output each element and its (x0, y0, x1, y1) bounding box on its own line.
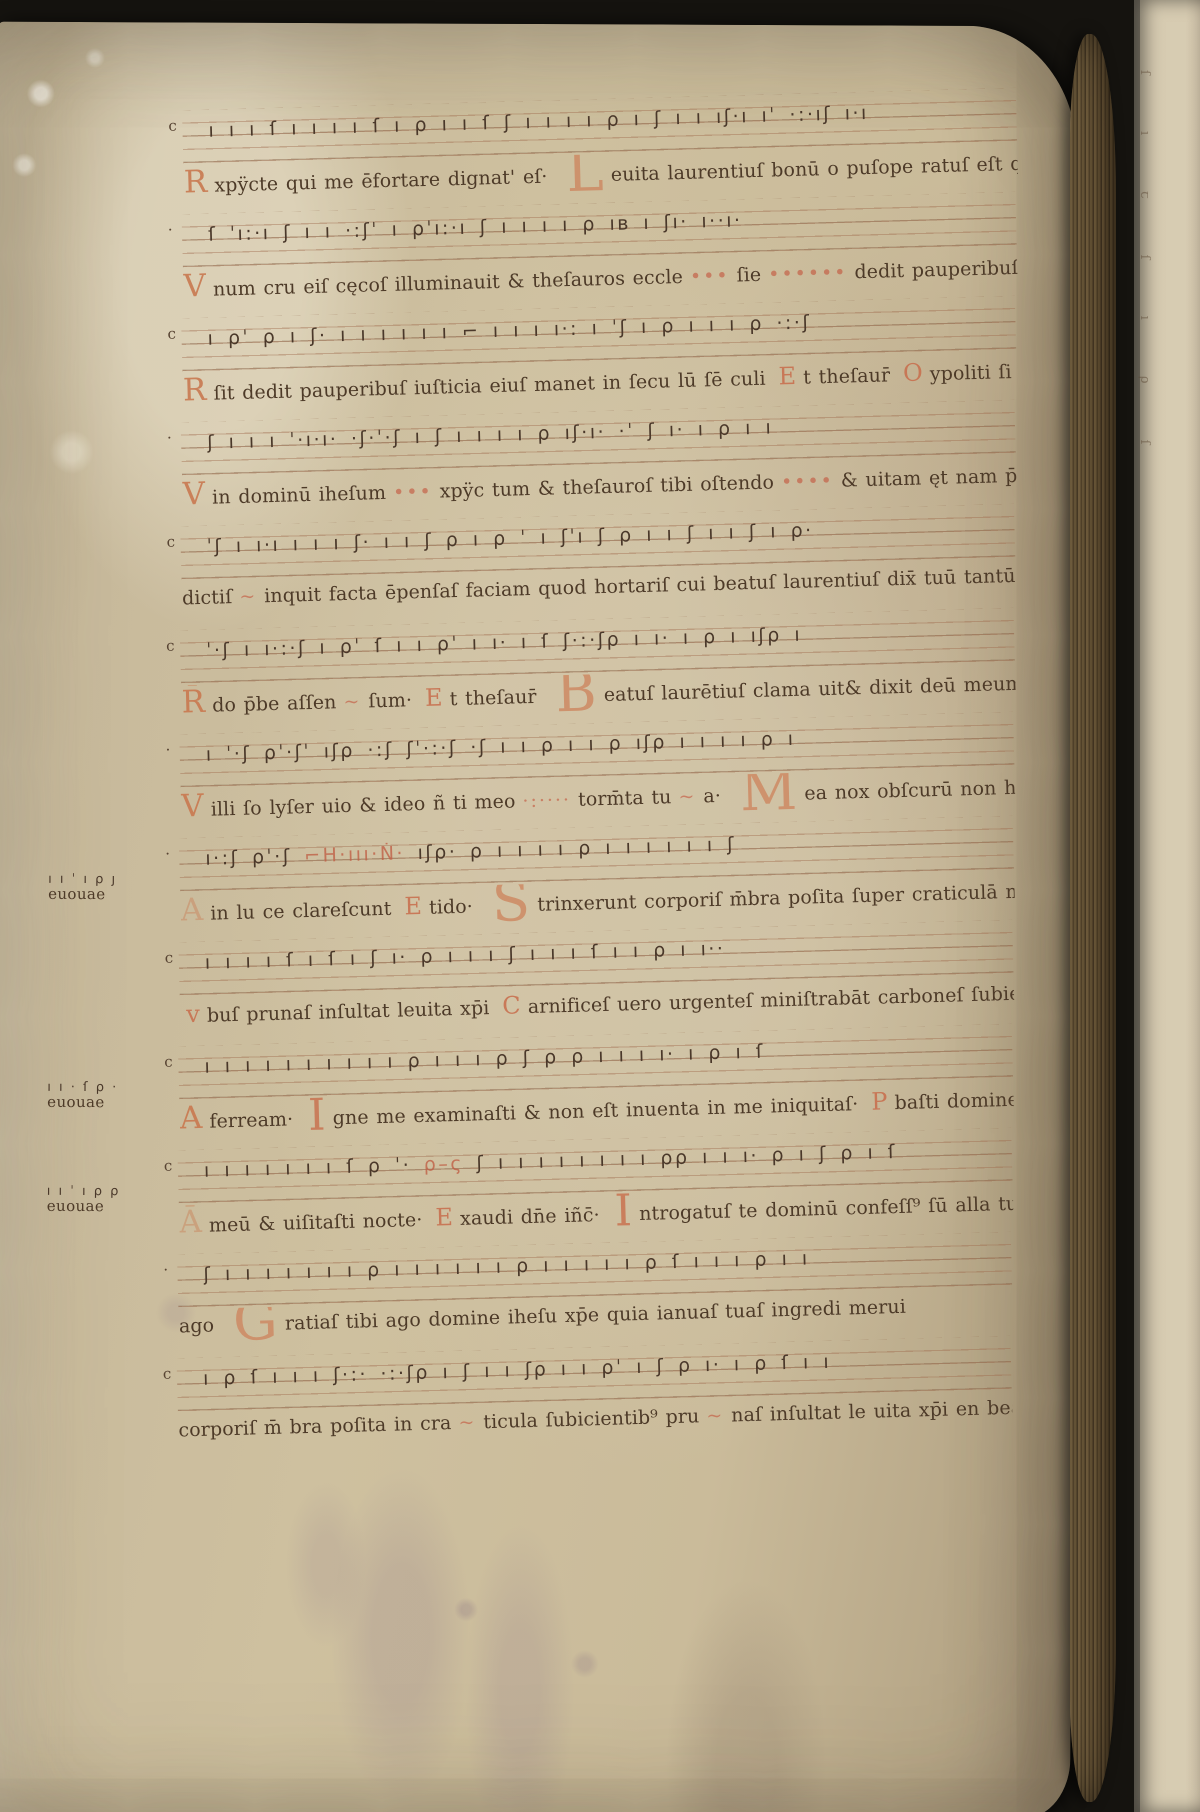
clef-letter: c (166, 637, 175, 655)
clef-letter: · (168, 221, 173, 239)
rubric-initial: V (183, 268, 206, 305)
chant-text-segment: ticula ſubicientib⁹ pru (483, 1405, 700, 1433)
neume-segment: ı ˈ·ʃ ρˈ·ʃˈ ıʃρ ·:ʃ ʃˈ·:·ʃ ·ʃ ı ı ρ ı ı … (205, 728, 795, 766)
staff-system: cˈ·ʃ ı ı·:·ʃ ı ρˈ ſ ı ı ρˈ ı ı· ı ſ ʃ·:·… (180, 608, 1016, 731)
rubric-filler: ~ (239, 585, 258, 607)
margin-annotation: ı ı ˈ ı ρ ρeuouae (47, 1184, 167, 1216)
clef-letter: c (164, 949, 173, 967)
manuscript-photo: cı ı ı ſ ı ı ı ı ſ ı ρ ı ı ſ ʃ ı ı ı ı ρ… (0, 0, 1200, 1812)
neume-segment: ı ı ı ı ı ı ı ſ ρ ˈ· (204, 1154, 424, 1182)
chant-text-segment: arnificeſ uero urgenteſ miniſtrabāt carb… (528, 982, 1015, 1018)
rubric-initial: I (307, 1090, 326, 1140)
chant-text-segment: tido· (429, 896, 473, 919)
staff-system: ·ʃ ı ı ı ı ı ı ı ρ ı ı ı ı ı ı ρ ı ı ı ı… (177, 1232, 1013, 1355)
clef-letter: · (165, 845, 170, 863)
rubric-initial: E (404, 892, 422, 920)
neume-segment: ı ρˈ ρ ı ʃ· ı ı ı ı ı ı ⌐ ı ı ı ı·: ı ˈʃ… (207, 311, 811, 349)
neume-row: ı ı ı ı ı ı ı ı ı ı ρ ı ı ı ρ ʃ ρ ρ ı ı … (204, 1034, 1004, 1078)
chant-text-segment: eatuſ laurētiuſ clama uit& dixit deū meu… (603, 671, 1015, 707)
rubric-neume-segment: ρ–ς (423, 1153, 464, 1176)
clef-letter: c (164, 1157, 173, 1175)
neume-row: ı ı ı ı ſ ı ſ ı ʃ ı· ρ ı ı ı ʃ ı ı ı ſ ı… (205, 930, 1005, 974)
rubric-filler: ·:···· (522, 789, 571, 812)
chant-text-segment: in lu ce clareſcunt (210, 898, 392, 925)
chant-text-segment: trinxerunt corporiſ m̄bra poſita ſuper c… (537, 878, 1015, 916)
neume-segment: ſ ˈı:·ı ʃ ı ı ·:ʃˈ ı ρˈı:·ı ʃ ı ı ı ı ρ … (208, 209, 743, 245)
rubric-initial: V (181, 788, 204, 825)
staff-system: ·ı ˈ·ʃ ρˈ·ʃˈ ıʃρ ·:ʃ ʃˈ·:·ʃ ·ʃ ı ı ρ ı ı… (179, 712, 1015, 835)
rubric-initial: V (182, 476, 205, 513)
neume-row: ı·:ʃ ρˈ·ʃ ⌐H·ııı·Ṅ· ıʃρ· ρ ı ı ı ı ρ ı ı… (205, 826, 1005, 870)
clef-letter: c (167, 325, 176, 343)
chant-text-segment: t theſaur̄ (803, 364, 890, 388)
rubric-filler: ~ (458, 1411, 477, 1433)
rubric-initial: E (425, 683, 443, 711)
chant-text-segment: ſit dedit pauperibuſ iuſticia eiuſ manet… (213, 368, 766, 405)
neume-segment: ˈ·ʃ ı ı·:·ʃ ı ρˈ ſ ı ı ρˈ ı ı· ı ſ ʃ·:·ʃ… (206, 624, 802, 662)
neume-row: ı ˈ·ʃ ρˈ·ʃˈ ıʃρ ·:ʃ ʃˈ·:·ʃ ·ʃ ı ı ρ ı ı … (205, 722, 1005, 766)
clef-letter: c (166, 533, 175, 551)
margin-euouae-label: euouae (47, 1093, 167, 1112)
neume-row: ı ρˈ ρ ı ʃ· ı ı ı ı ı ı ⌐ ı ı ı ı·: ı ˈʃ… (207, 306, 1007, 350)
chant-text-segment: baſti domine cor (894, 1088, 1014, 1114)
neume-segment: ʃ ı ı ı ˈ·ı·ı· ·ʃ·ˈ·ʃ ı ʃ ı ı ı ı ρ ıʃ·ı… (207, 416, 774, 453)
chant-text-segment: a· (703, 785, 721, 807)
clef-letter: c (164, 1053, 173, 1071)
clef-letter: · (165, 741, 170, 759)
rubric-filler: ~ (678, 786, 697, 808)
rubric-initial: E (435, 1203, 453, 1231)
margin-euouae-label: euouae (47, 1197, 167, 1216)
chant-text-segment: buſ prunaſ inſultat leuita xp̄i (207, 997, 490, 1027)
rubric-initial: R (183, 164, 207, 201)
neume-segment: ı·:ʃ ρˈ·ʃ (205, 845, 304, 870)
chant-text-segment: xpÿc tum & theſauroſ tibi oſtendo (439, 471, 774, 502)
rubric-filler: •••• (781, 470, 834, 493)
chant-text-segment: & uitam ęt nam p̄ mit co (841, 463, 1017, 492)
chant-text-segment: num cru eiſ cęcoſ illuminauit & theſauro… (213, 266, 684, 301)
neume-row: ʃ ı ı ı ˈ·ı·ı· ·ʃ·ˈ·ʃ ı ʃ ı ı ı ı ρ ıʃ·ı… (207, 410, 1007, 454)
chant-text-segment: corporiſ m̄ bra poſita in cra (178, 1412, 452, 1441)
staff-system: ·ſ ˈı:·ı ʃ ı ı ·:ʃˈ ı ρˈı:·ı ʃ ı ı ı ı ρ… (182, 192, 1018, 315)
staff-system: ·ı·:ʃ ρˈ·ʃ ⌐H·ııı·Ṅ· ıʃρ· ρ ı ı ı ı ρ ı … (179, 816, 1015, 939)
clef-letter: c (163, 1365, 172, 1383)
staff-system: cı ı ı ı ı ı ı ı ı ı ρ ı ı ı ρ ʃ ρ ρ ı ı… (178, 1024, 1014, 1147)
rubric-initial: C (502, 991, 521, 1019)
neume-segment: ʃ ı ı ı ı ı ı ı ı ρρ ı ı ı· ρ ı ʃ ρ ı ſ (464, 1141, 898, 1175)
rubric-initial: Ā (179, 1204, 202, 1241)
chant-text-segment: xpÿcte qui me ēfortare dignat' eſ· (214, 166, 548, 197)
margin-annotation: ı ı · ſ ρ ·euouae (47, 1080, 167, 1112)
staff-system: cˈʃ ı ı·ı ı ı ı ʃ· ı ı ʃ ρ ı ρ ˈ ı ʃˈı ʃ… (180, 504, 1016, 627)
facing-page-text-fragment: ſ ı ꞇ ſ ı ρ ſ (1152, 70, 1192, 1570)
neume-row: ˈ·ʃ ı ı·:·ʃ ı ρˈ ſ ı ı ρˈ ı ı· ı ſ ʃ·:·ʃ… (206, 618, 1006, 662)
clef-letter: · (163, 1261, 168, 1279)
rubric-initial: M (739, 767, 798, 824)
rubric-filler: ~ (343, 691, 362, 713)
chant-text-segment: xaudi dn̄e iñc̄· (460, 1204, 600, 1230)
chant-text-segment: ea nox obſcurū non habet ſed omnia (804, 773, 1015, 805)
chant-text-segment: ferream· (209, 1108, 293, 1132)
neume-segment: ıʃρ· ρ ı ı ı ı ρ ı ı ı ı ı ı ʃ (405, 833, 737, 864)
rubric-initial: I (614, 1185, 633, 1236)
rubric-initial: v (186, 1000, 200, 1028)
neume-segment: ı ı ı ı ſ ı ſ ı ʃ ı· ρ ı ı ı ʃ ı ı ı ſ ı… (205, 938, 726, 974)
rubric-filler: •••••• (768, 261, 848, 285)
neume-row: ˈʃ ı ı·ı ı ı ı ʃ· ı ı ʃ ρ ı ρ ˈ ı ʃˈı ʃ … (206, 514, 1006, 558)
rubric-filler: ••• (393, 481, 433, 504)
neume-row: ſ ˈı:·ı ʃ ı ı ·:ʃˈ ı ρˈı:·ı ʃ ı ı ı ı ρ … (208, 202, 1008, 246)
staff-system: cı ρ ſ ı ı ı ʃ·:· ·:·ʃρ ı ʃ ı ı ʃρ ı ı ρ… (177, 1336, 1013, 1459)
clef-letter: c (168, 117, 177, 135)
chant-text-segment: gne me examinaſti & non eſt inuenta in m… (332, 1093, 858, 1129)
staff-system: cı ı ı ı ı ı ı ſ ρ ˈ· ρ–ς ʃ ı ı ı ı ı ı … (177, 1128, 1013, 1251)
rubric-neume-segment: ⌐H·ııı·Ṅ· (304, 842, 405, 867)
margin-annotation: ı ı ˈ ı ρ ȷeuouae (48, 872, 168, 904)
chant-text-segment: ſie (736, 264, 761, 287)
rubric-initial: O (903, 358, 924, 387)
chant-text-segment: naſ inſultat le uita xp̄i en beatę (731, 1396, 1013, 1426)
chant-text-segment: dictiſ (182, 586, 233, 609)
neume-row: ʃ ı ı ı ı ı ı ı ρ ı ı ı ı ı ı ρ ı ı ı ı … (203, 1242, 1003, 1286)
chant-text-segment: torm̄ta tu (578, 786, 672, 811)
margin-euouae-label: euouae (48, 885, 168, 904)
neume-row: ı ρ ſ ı ı ı ʃ·:· ·:·ʃρ ı ʃ ı ı ʃρ ı ı ρˈ… (203, 1346, 1003, 1390)
chant-text-segment: meū & uiſitaſti nocte· (209, 1209, 423, 1237)
chant-text-segment: illi ſo lyſer uio & ideo ñ ti meo (210, 790, 515, 820)
rubric-initial: P (871, 1087, 888, 1115)
chant-text-segment: do p̄be aſſen (212, 691, 337, 716)
rubric-initial: R (183, 372, 207, 409)
chant-text-segment: ſum· (368, 689, 412, 712)
chant-text-segment: dedit pauperibuſ (854, 257, 1018, 283)
chant-text-segment: euita laurentiuſ bonū o puſope ratuſ eſt… (611, 150, 1019, 185)
neume-segment: ı ı ı ſ ı ı ı ı ſ ı ρ ı ı ſ ʃ ı ı ı ı ρ … (208, 102, 869, 142)
rubric-filler: ••• (690, 265, 730, 288)
neume-segment: ˈʃ ı ı·ı ı ı ı ʃ· ı ı ʃ ρ ı ρ ˈ ı ʃˈı ʃ … (206, 519, 814, 557)
rubric-filler: ~ (706, 1405, 725, 1427)
chant-text-segment: ntrogatuſ te dominū confeſſ⁹ ſū alla tui… (639, 1191, 1014, 1225)
chant-text-segment: t theſaur̄ (449, 686, 536, 710)
neume-segment: ı ρ ſ ı ı ı ʃ·:· ·:·ʃρ ı ʃ ı ı ʃρ ı ı ρˈ… (203, 1351, 832, 1390)
staff-system: ·ʃ ı ı ı ˈ·ı·ı· ·ʃ·ˈ·ʃ ı ʃ ı ı ı ı ρ ıʃ·… (181, 400, 1017, 523)
neume-segment: ı ı ı ı ı ı ı ı ı ı ρ ı ı ı ρ ʃ ρ ρ ı ı … (204, 1041, 765, 1078)
neume-row: ı ı ı ſ ı ı ı ı ſ ı ρ ı ı ſ ʃ ı ı ı ı ρ … (208, 98, 1008, 142)
staff-system: cı ρˈ ρ ı ʃ· ı ı ı ı ı ı ⌐ ı ı ı ı·: ı ˈ… (181, 296, 1017, 419)
rubric-initial: R̄ (181, 684, 205, 721)
staff-system: cı ı ı ı ſ ı ſ ı ʃ ı· ρ ı ı ı ʃ ı ı ı ſ … (178, 920, 1014, 1043)
neume-segment: ʃ ı ı ı ı ı ı ı ρ ı ı ı ı ı ı ρ ı ı ı ı … (203, 1247, 810, 1285)
facing-page-sliver: ſ ı ꞇ ſ ı ρ ſ (1134, 0, 1200, 1812)
manuscript-page: cı ı ı ſ ı ı ı ı ſ ı ρ ı ı ſ ʃ ı ı ı ı ρ… (0, 22, 1078, 1812)
chant-text-segment: ago (179, 1314, 215, 1337)
rubric-initial: E (778, 362, 796, 390)
clef-letter: · (167, 429, 172, 447)
neume-row: ı ı ı ı ı ı ı ſ ρ ˈ· ρ–ς ʃ ı ı ı ı ı ı ı… (204, 1138, 1004, 1182)
staff-system: cı ı ı ſ ı ı ı ı ſ ı ρ ı ı ſ ʃ ı ı ı ı ρ… (182, 88, 1018, 211)
rubric-initial: A (180, 892, 203, 929)
chant-text-segment: in dominū iheſum (212, 482, 387, 509)
rubric-initial: A (179, 1100, 202, 1137)
chant-text-segment: ypoliti ſi credid' (930, 359, 1018, 385)
